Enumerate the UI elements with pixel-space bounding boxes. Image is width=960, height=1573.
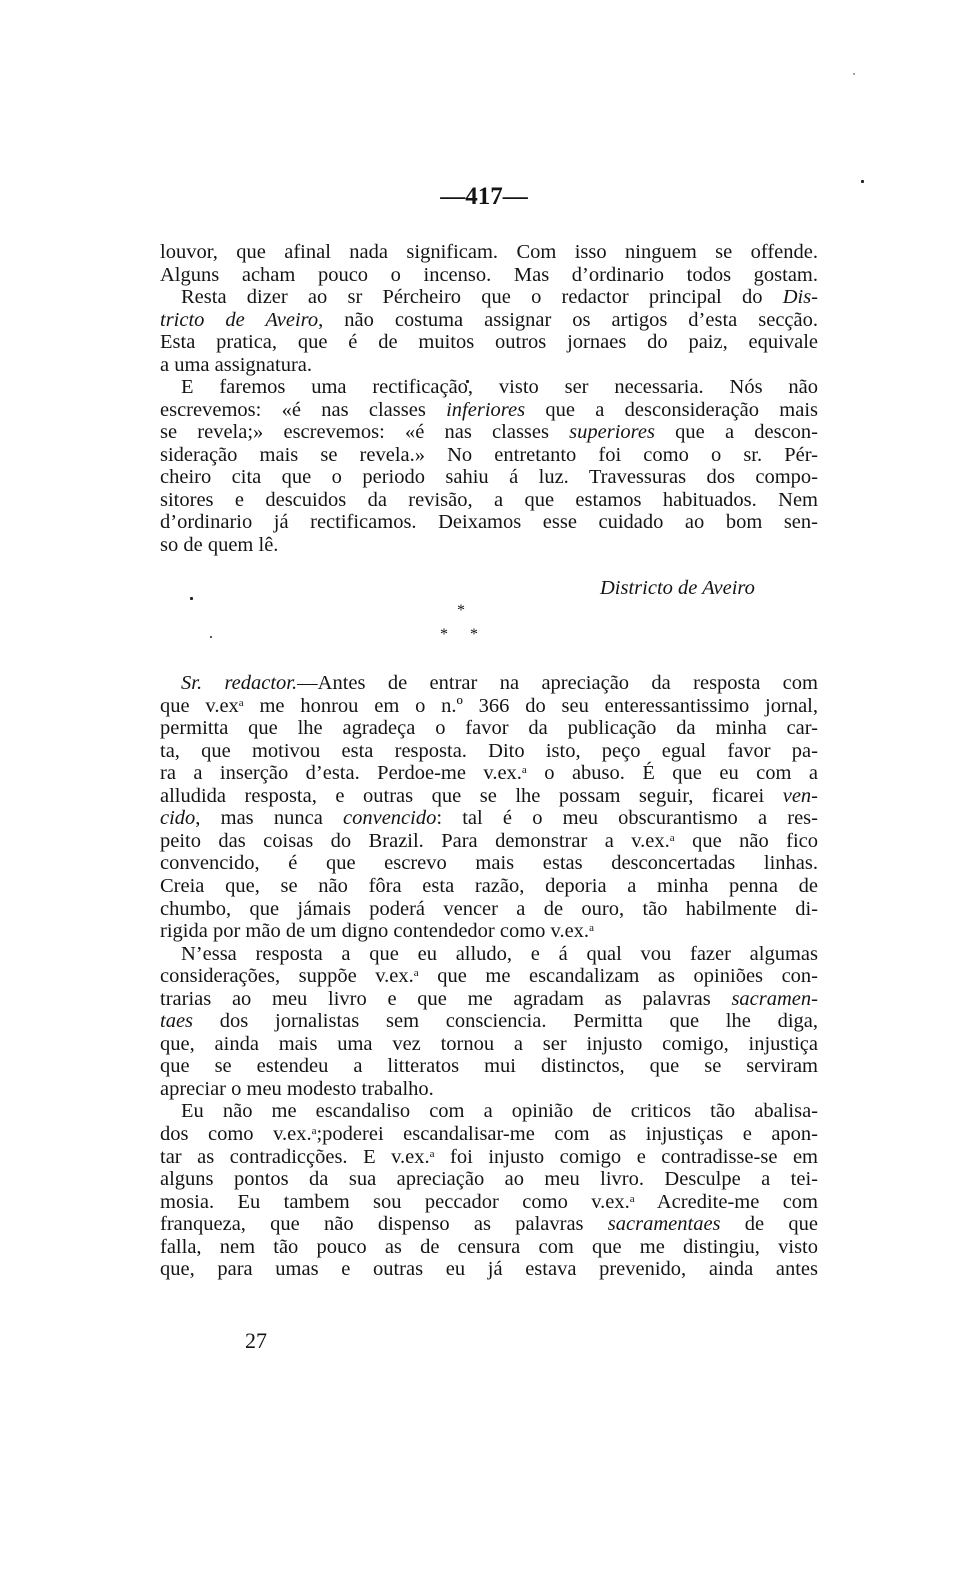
text-span: sideração mais se revela.» No entretanto… xyxy=(160,444,818,466)
text-line: Alguns acham pouco o incenso. Mas d’ordi… xyxy=(160,264,818,286)
text-span: Alguns acham pouco o incenso. Mas d’ordi… xyxy=(160,264,818,286)
text-span: , não costuma assignar os artigos d’esta… xyxy=(318,309,818,331)
italic-text: cido xyxy=(160,807,195,829)
text-span: dos jornalistas sem consciencia. Permitt… xyxy=(193,1010,818,1032)
text-span: que, para umas e outras eu já estava pre… xyxy=(160,1258,818,1280)
text-line: rigida por mão de um digno contendedor c… xyxy=(160,920,818,942)
italic-text: ven- xyxy=(783,785,818,807)
italic-text: Sr. redactor. xyxy=(181,672,297,694)
signature-mark: 27 xyxy=(245,1328,267,1354)
text-line: trarias ao meu livro e que me agradam as… xyxy=(160,988,818,1010)
text-span: de que xyxy=(721,1213,818,1235)
text-span: se revela;» escrevemos: «é nas classes xyxy=(160,421,569,443)
page-number: —417— xyxy=(0,183,960,211)
text-line: que se estendeu a litteratos mui distinc… xyxy=(160,1055,818,1077)
text-span: que, ainda mais uma vez tornou a ser inj… xyxy=(160,1033,818,1055)
text-line: franqueza, que não dispenso as palavras … xyxy=(160,1213,818,1235)
text-line: considerações, suppõe v.ex.a que me esca… xyxy=(160,965,818,987)
text-line: Esta pratica, que é de muitos outros jor… xyxy=(160,331,818,353)
text-span: alguns pontos da sua apreciação ao meu l… xyxy=(160,1168,818,1190)
text-span: , mas nunca xyxy=(195,807,343,829)
text-span: mosia. Eu tambem sou peccador como v.ex. xyxy=(160,1191,630,1213)
scan-speck xyxy=(853,73,855,75)
text-span: so de quem lê. xyxy=(160,534,278,556)
text-line: que v.exa me honrou em o n.º 366 do seu … xyxy=(160,695,818,717)
text-span: alludida resposta, e outras que se lhe p… xyxy=(160,785,783,807)
text-span: sitores e descuidos da revisão, a que es… xyxy=(160,489,818,511)
italic-text: Dis- xyxy=(783,286,818,308)
text-line: Eu não me escandaliso com a opinião de c… xyxy=(181,1100,818,1122)
text-line: se revela;» escrevemos: «é nas classes s… xyxy=(160,421,818,443)
text-span: que v.ex xyxy=(160,695,239,717)
text-span: Resta dizer ao sr Pércheiro que o redact… xyxy=(181,286,783,308)
text-span: Creia que, se não fôra esta razão, depor… xyxy=(160,875,818,897)
text-line: E faremos uma rectificação, visto ser ne… xyxy=(181,376,818,398)
text-span: foi injusto comigo e contradisse-se em xyxy=(435,1146,818,1168)
text-line: cheiro cita que o periodo sahiu á luz. T… xyxy=(160,466,818,488)
text-line: Creia que, se não fôra esta razão, depor… xyxy=(160,875,818,897)
scan-speck xyxy=(466,380,469,383)
text-span: peito das coisas do Brazil. Para demonst… xyxy=(160,830,670,852)
text-span: franqueza, que não dispenso as palavras xyxy=(160,1213,608,1235)
text-line: convencido, é que escrevo mais estas des… xyxy=(160,852,818,874)
text-span: dos como v.ex. xyxy=(160,1123,312,1145)
separator-asterisk: * xyxy=(457,602,465,620)
text-line: d’ordinario já rectificamos. Deixamos es… xyxy=(160,511,818,533)
text-span: que se estendeu a litteratos mui distinc… xyxy=(160,1055,818,1077)
text-span: E faremos uma rectificação, visto ser ne… xyxy=(181,376,818,398)
text-span: que a descon- xyxy=(655,421,818,443)
text-span: tar as contradicções. E v.ex. xyxy=(160,1146,430,1168)
separator-asterisk: * xyxy=(440,626,448,644)
text-span: considerações, suppõe v.ex. xyxy=(160,965,414,987)
text-line: so de quem lê. xyxy=(160,534,818,556)
text-span: N’essa resposta a que eu alludo, e á qua… xyxy=(181,943,818,965)
text-span: que me escandalizam as opiniões con- xyxy=(419,965,818,987)
text-line: apreciar o meu modesto trabalho. xyxy=(160,1078,818,1100)
text-line: ra a inserção d’esta. Perdoe-me v.ex.a o… xyxy=(160,762,818,784)
italic-text: tricto de Aveiro xyxy=(160,309,318,331)
text-span: ra a inserção d’esta. Perdoe-me v.ex. xyxy=(160,762,522,784)
text-line: cido, mas nunca convencido: tal é o meu … xyxy=(160,807,818,829)
text-span: ta, que motivou esta resposta. Dito isto… xyxy=(160,740,818,762)
italic-text: superiores xyxy=(569,421,655,443)
text-span: trarias ao meu livro e que me agradam as… xyxy=(160,988,731,1010)
text-line: escrevemos: «é nas classes inferiores qu… xyxy=(160,399,818,421)
italic-text: taes xyxy=(160,1010,193,1032)
text-span: d’ordinario já rectificamos. Deixamos es… xyxy=(160,511,818,533)
italic-text: inferiores xyxy=(446,399,525,421)
text-line: peito das coisas do Brazil. Para demonst… xyxy=(160,830,818,852)
text-line: a uma assignatura. xyxy=(160,354,818,376)
text-span: chumbo, que jámais poderá vencer a de ou… xyxy=(160,898,818,920)
text-line: sideração mais se revela.» No entretanto… xyxy=(160,444,818,466)
text-span: Acredite-me com xyxy=(635,1191,818,1213)
signature-districto-de-aveiro: Districto de Aveiro xyxy=(600,577,755,600)
italic-text: convencido xyxy=(343,807,436,829)
text-span: falla, nem tão pouco as de censura com q… xyxy=(160,1236,818,1258)
scan-speck xyxy=(190,597,193,600)
text-span: escrevemos: «é nas classes xyxy=(160,399,446,421)
superscript: a xyxy=(589,922,594,934)
text-span: rigida por mão de um digno contendedor c… xyxy=(160,920,589,942)
text-span: : tal é o meu obscurantismo a res- xyxy=(436,807,818,829)
text-line: chumbo, que jámais poderá vencer a de ou… xyxy=(160,898,818,920)
scan-speck xyxy=(210,636,212,638)
text-line: permitta que lhe agradeça o favor da pub… xyxy=(160,717,818,739)
text-span: ;poderei escandalisar-me com as injustiç… xyxy=(316,1123,818,1145)
italic-text: sacramentaes xyxy=(608,1213,721,1235)
separator-asterisk: * xyxy=(470,626,478,644)
text-span: que a desconsideração mais xyxy=(525,399,818,421)
text-line: alguns pontos da sua apreciação ao meu l… xyxy=(160,1168,818,1190)
text-line: sitores e descuidos da revisão, a que es… xyxy=(160,489,818,511)
scan-speck xyxy=(861,180,864,183)
text-line: N’essa resposta a que eu alludo, e á qua… xyxy=(181,943,818,965)
text-line: louvor, que afinal nada significam. Com … xyxy=(160,241,818,263)
text-span: cheiro cita que o periodo sahiu á luz. T… xyxy=(160,466,818,488)
text-line: Resta dizer ao sr Pércheiro que o redact… xyxy=(181,286,818,308)
text-line: tricto de Aveiro, não costuma assignar o… xyxy=(160,309,818,331)
text-span: louvor, que afinal nada significam. Com … xyxy=(160,241,818,263)
text-line: ta, que motivou esta resposta. Dito isto… xyxy=(160,740,818,762)
text-span: que não fico xyxy=(675,830,818,852)
text-line: Sr. redactor.—Antes de entrar na aprecia… xyxy=(181,672,818,694)
text-span: me honrou em o n.º 366 do seu enteressan… xyxy=(244,695,818,717)
text-span: o abuso. É que eu com a xyxy=(527,762,818,784)
text-span: —Antes de entrar na apreciação da respos… xyxy=(297,672,818,694)
text-span: apreciar o meu modesto trabalho. xyxy=(160,1078,434,1100)
italic-text: sacramen- xyxy=(731,988,818,1010)
text-line: falla, nem tão pouco as de censura com q… xyxy=(160,1236,818,1258)
text-span: convencido, é que escrevo mais estas des… xyxy=(160,852,818,874)
text-span: a uma assignatura. xyxy=(160,354,312,376)
text-line: alludida resposta, e outras que se lhe p… xyxy=(160,785,818,807)
text-span: permitta que lhe agradeça o favor da pub… xyxy=(160,717,818,739)
text-line: mosia. Eu tambem sou peccador como v.ex.… xyxy=(160,1191,818,1213)
text-span: Eu não me escandaliso com a opinião de c… xyxy=(181,1100,818,1122)
text-line: dos como v.ex.a;poderei escandalisar-me … xyxy=(160,1123,818,1145)
text-line: tar as contradicções. E v.ex.a foi injus… xyxy=(160,1146,818,1168)
text-line: taes dos jornalistas sem consciencia. Pe… xyxy=(160,1010,818,1032)
text-line: que, ainda mais uma vez tornou a ser inj… xyxy=(160,1033,818,1055)
text-line: que, para umas e outras eu já estava pre… xyxy=(160,1258,818,1280)
text-span: Esta pratica, que é de muitos outros jor… xyxy=(160,331,818,353)
